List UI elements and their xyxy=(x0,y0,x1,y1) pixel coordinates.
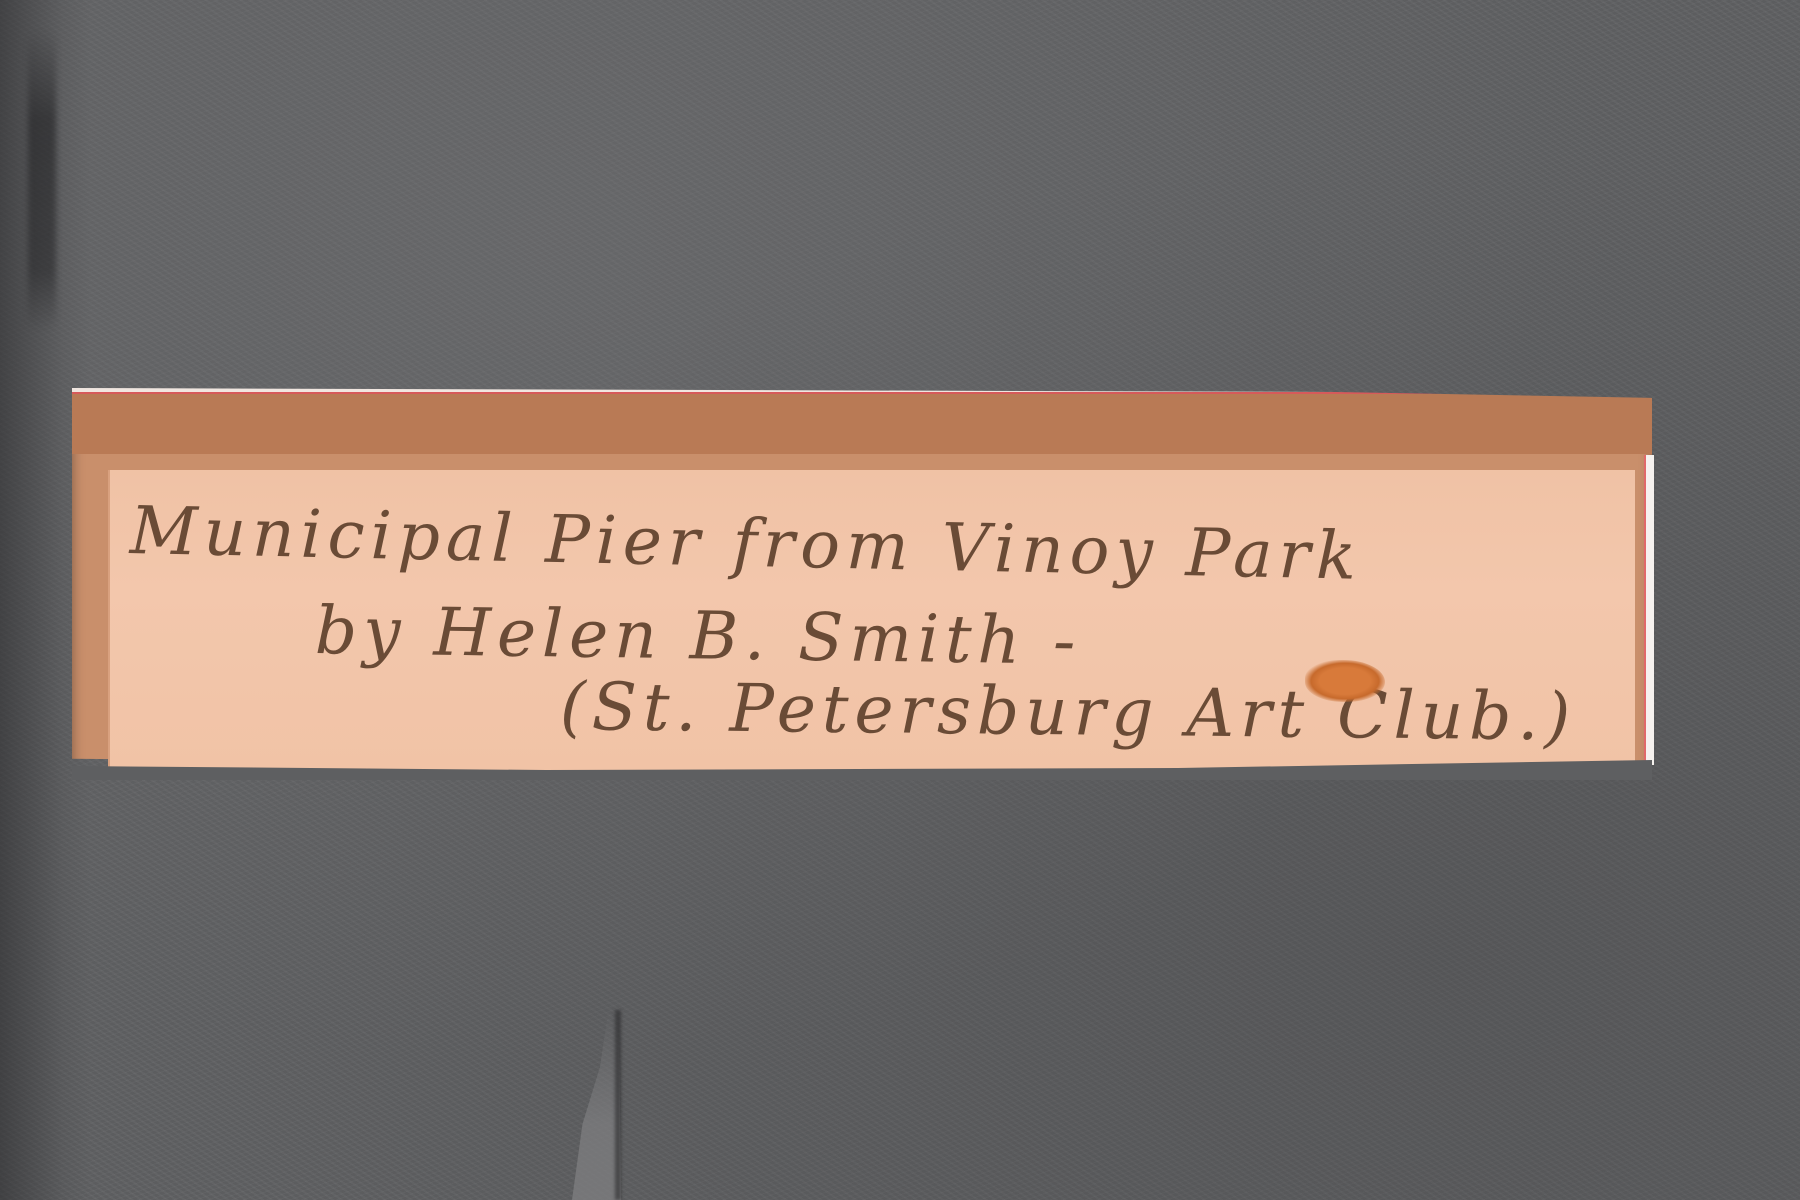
rust-stain-spot xyxy=(1305,660,1385,702)
mat-crease xyxy=(28,30,56,330)
label-right-edge xyxy=(1644,455,1654,765)
label-artist-line: by Helen B. Smith - xyxy=(314,592,1081,680)
mat-tear-line xyxy=(615,1010,621,1200)
label-top-border xyxy=(72,388,1652,454)
label-club-line: (St. Petersburg Art Club.) xyxy=(560,668,1577,756)
